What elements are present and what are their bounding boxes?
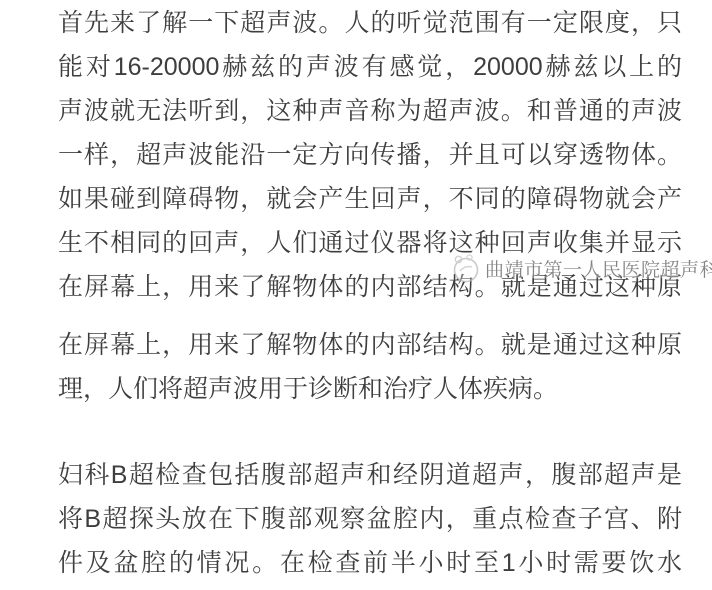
- text-line: 首先来了解一下超声波。人的听觉范围有一定限度，只: [58, 1, 682, 45]
- text-line: 件及盆腔的情况。在检查前半小时至1小时需要饮水: [58, 541, 682, 585]
- text-line: 声波就无法听到，这种声音称为超声波。和普通的声波: [58, 89, 682, 133]
- text-line: 在屏幕上，用来了解物体的内部结构。就是通过这种原: [58, 265, 682, 309]
- text-line: 妇科B超检查包括腹部超声和经阴道超声，腹部超声是: [58, 453, 682, 497]
- paragraph-2: 在屏幕上，用来了解物体的内部结构。就是通过这种原 理，人们将超声波用于诊断和治疗…: [58, 323, 682, 411]
- text-line: 一样，超声波能沿一定方向传播，并且可以穿透物体。: [58, 133, 682, 177]
- text-line: 能对16-20000赫兹的声波有感觉，20000赫兹以上的: [58, 45, 682, 89]
- text-line: 如果碰到障碍物，就会产生回声，不同的障碍物就会产: [58, 177, 682, 221]
- text-line: 在屏幕上，用来了解物体的内部结构。就是通过这种原: [58, 323, 682, 367]
- paragraph-1: 首先来了解一下超声波。人的听觉范围有一定限度，只 能对16-20000赫兹的声波…: [58, 1, 682, 309]
- text-line: 理，人们将超声波用于诊断和治疗人体疾病。: [58, 367, 682, 411]
- article-page: 首先来了解一下超声波。人的听觉范围有一定限度，只 能对16-20000赫兹的声波…: [0, 0, 712, 590]
- text-line: 生不相同的回声，人们通过仪器将这种回声收集并显示: [58, 221, 682, 265]
- text-line: 将B超探头放在下腹部观察盆腔内，重点检查子宫、附: [58, 497, 682, 541]
- paragraph-3: 妇科B超检查包括腹部超声和经阴道超声，腹部超声是 将B超探头放在下腹部观察盆腔内…: [58, 453, 682, 585]
